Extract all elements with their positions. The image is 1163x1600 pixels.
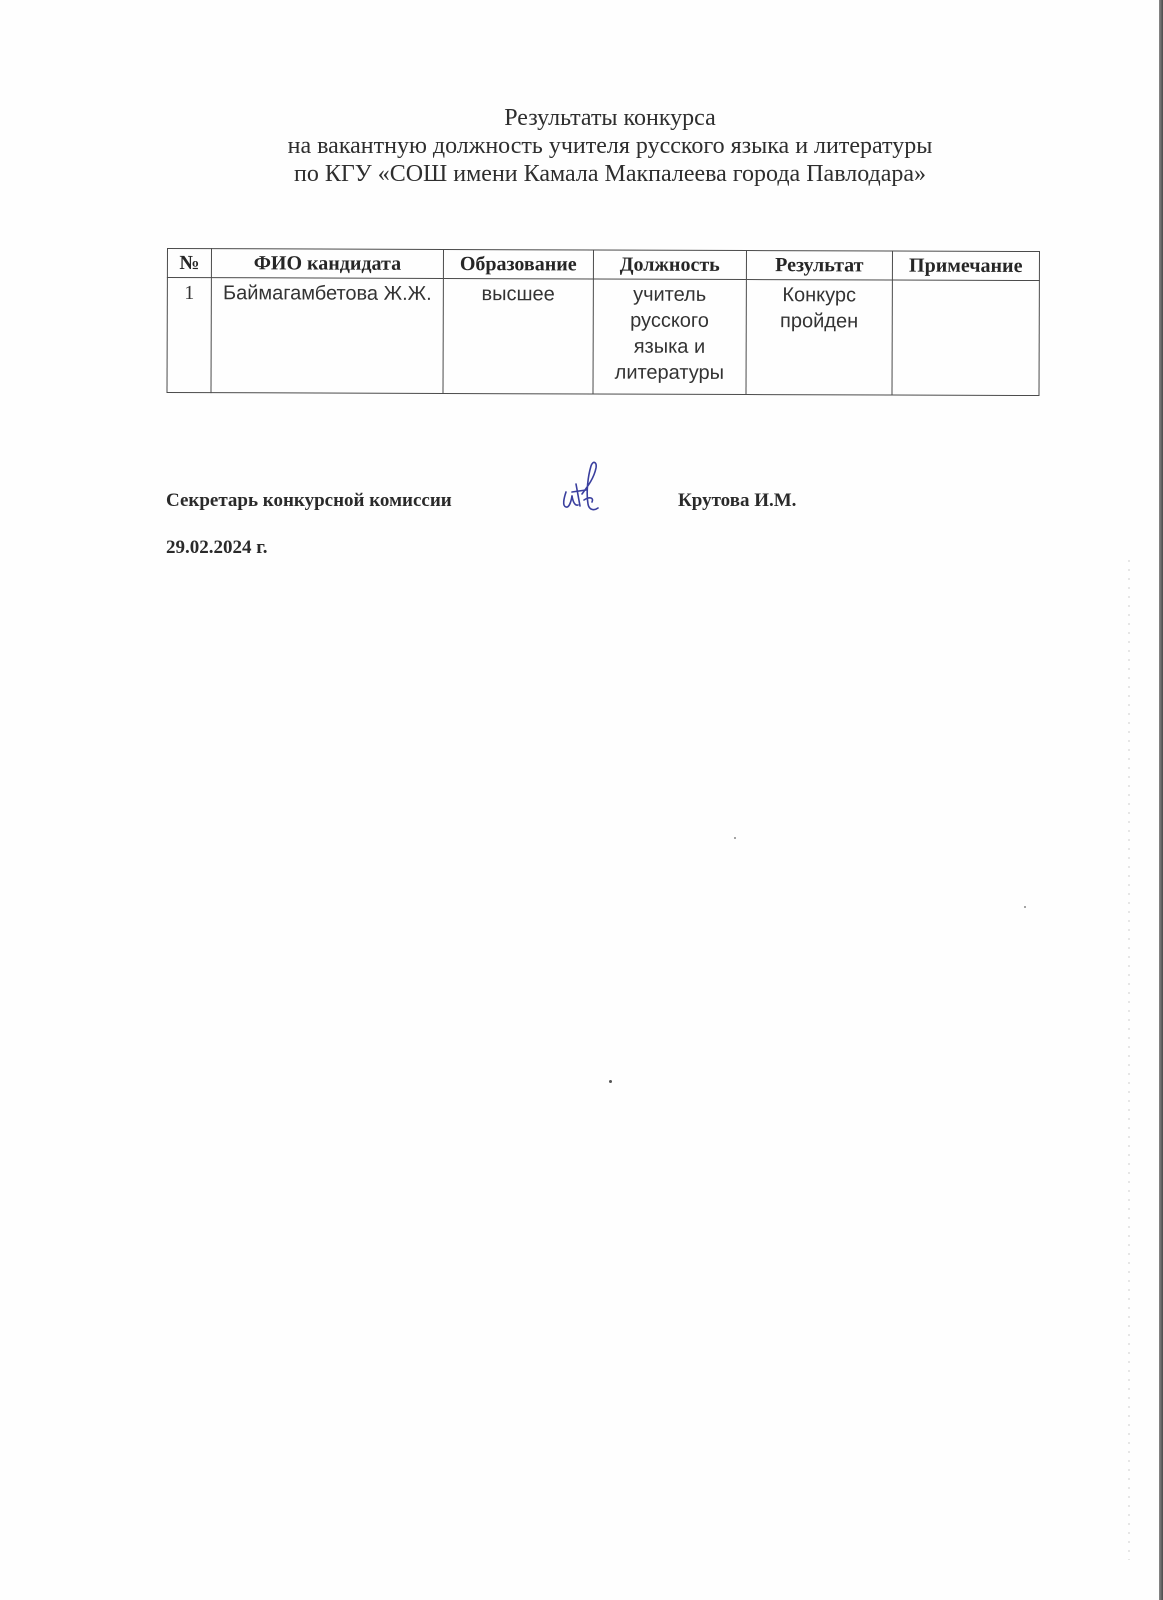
- header-result: Результат: [746, 251, 892, 281]
- header-education: Образование: [443, 249, 593, 279]
- title-line-1: Результаты конкурса: [200, 104, 1020, 132]
- cell-number: 1: [167, 278, 211, 393]
- scan-edge-shadow: [1159, 0, 1163, 1600]
- title-line-3: по КГУ «СОШ имени Камала Макпалеева горо…: [200, 160, 1020, 188]
- scan-noise: [1128, 560, 1130, 1560]
- scan-speck: [734, 837, 736, 839]
- header-note: Примечание: [892, 251, 1039, 281]
- secretary-name: Крутова И.М.: [678, 490, 796, 512]
- table-header-row: № ФИО кандидата Образование Должность Ре…: [167, 249, 1039, 281]
- title-line-2: на вакантную должность учителя русского …: [200, 132, 1020, 160]
- scan-speck: [1024, 906, 1026, 908]
- results-table: № ФИО кандидата Образование Должность Ре…: [166, 248, 1040, 396]
- cell-education: высшее: [443, 278, 593, 394]
- signature-block: Секретарь конкурсной комиссии Крутова И.…: [166, 490, 866, 520]
- scan-speck: [609, 1080, 612, 1083]
- cell-note: [892, 280, 1040, 396]
- scanned-page: Результаты конкурса на вакантную должнос…: [0, 0, 1163, 1600]
- document-date: 29.02.2024 г.: [166, 537, 268, 559]
- cell-candidate-name: Баймагамбетова Ж.Ж.: [211, 278, 444, 394]
- header-position: Должность: [593, 250, 747, 280]
- table-row: 1 Баймагамбетова Ж.Ж. высшее учитель рус…: [167, 278, 1039, 396]
- cell-position: учитель русского языка и литературы: [593, 279, 747, 395]
- header-number: №: [167, 249, 211, 278]
- secretary-label: Секретарь конкурсной комиссии: [166, 490, 452, 512]
- document-title: Результаты конкурса на вакантную должнос…: [200, 104, 1020, 188]
- header-candidate-name: ФИО кандидата: [211, 249, 443, 279]
- handwritten-signature-icon: [558, 456, 610, 516]
- cell-result: Конкурс пройден: [746, 280, 892, 396]
